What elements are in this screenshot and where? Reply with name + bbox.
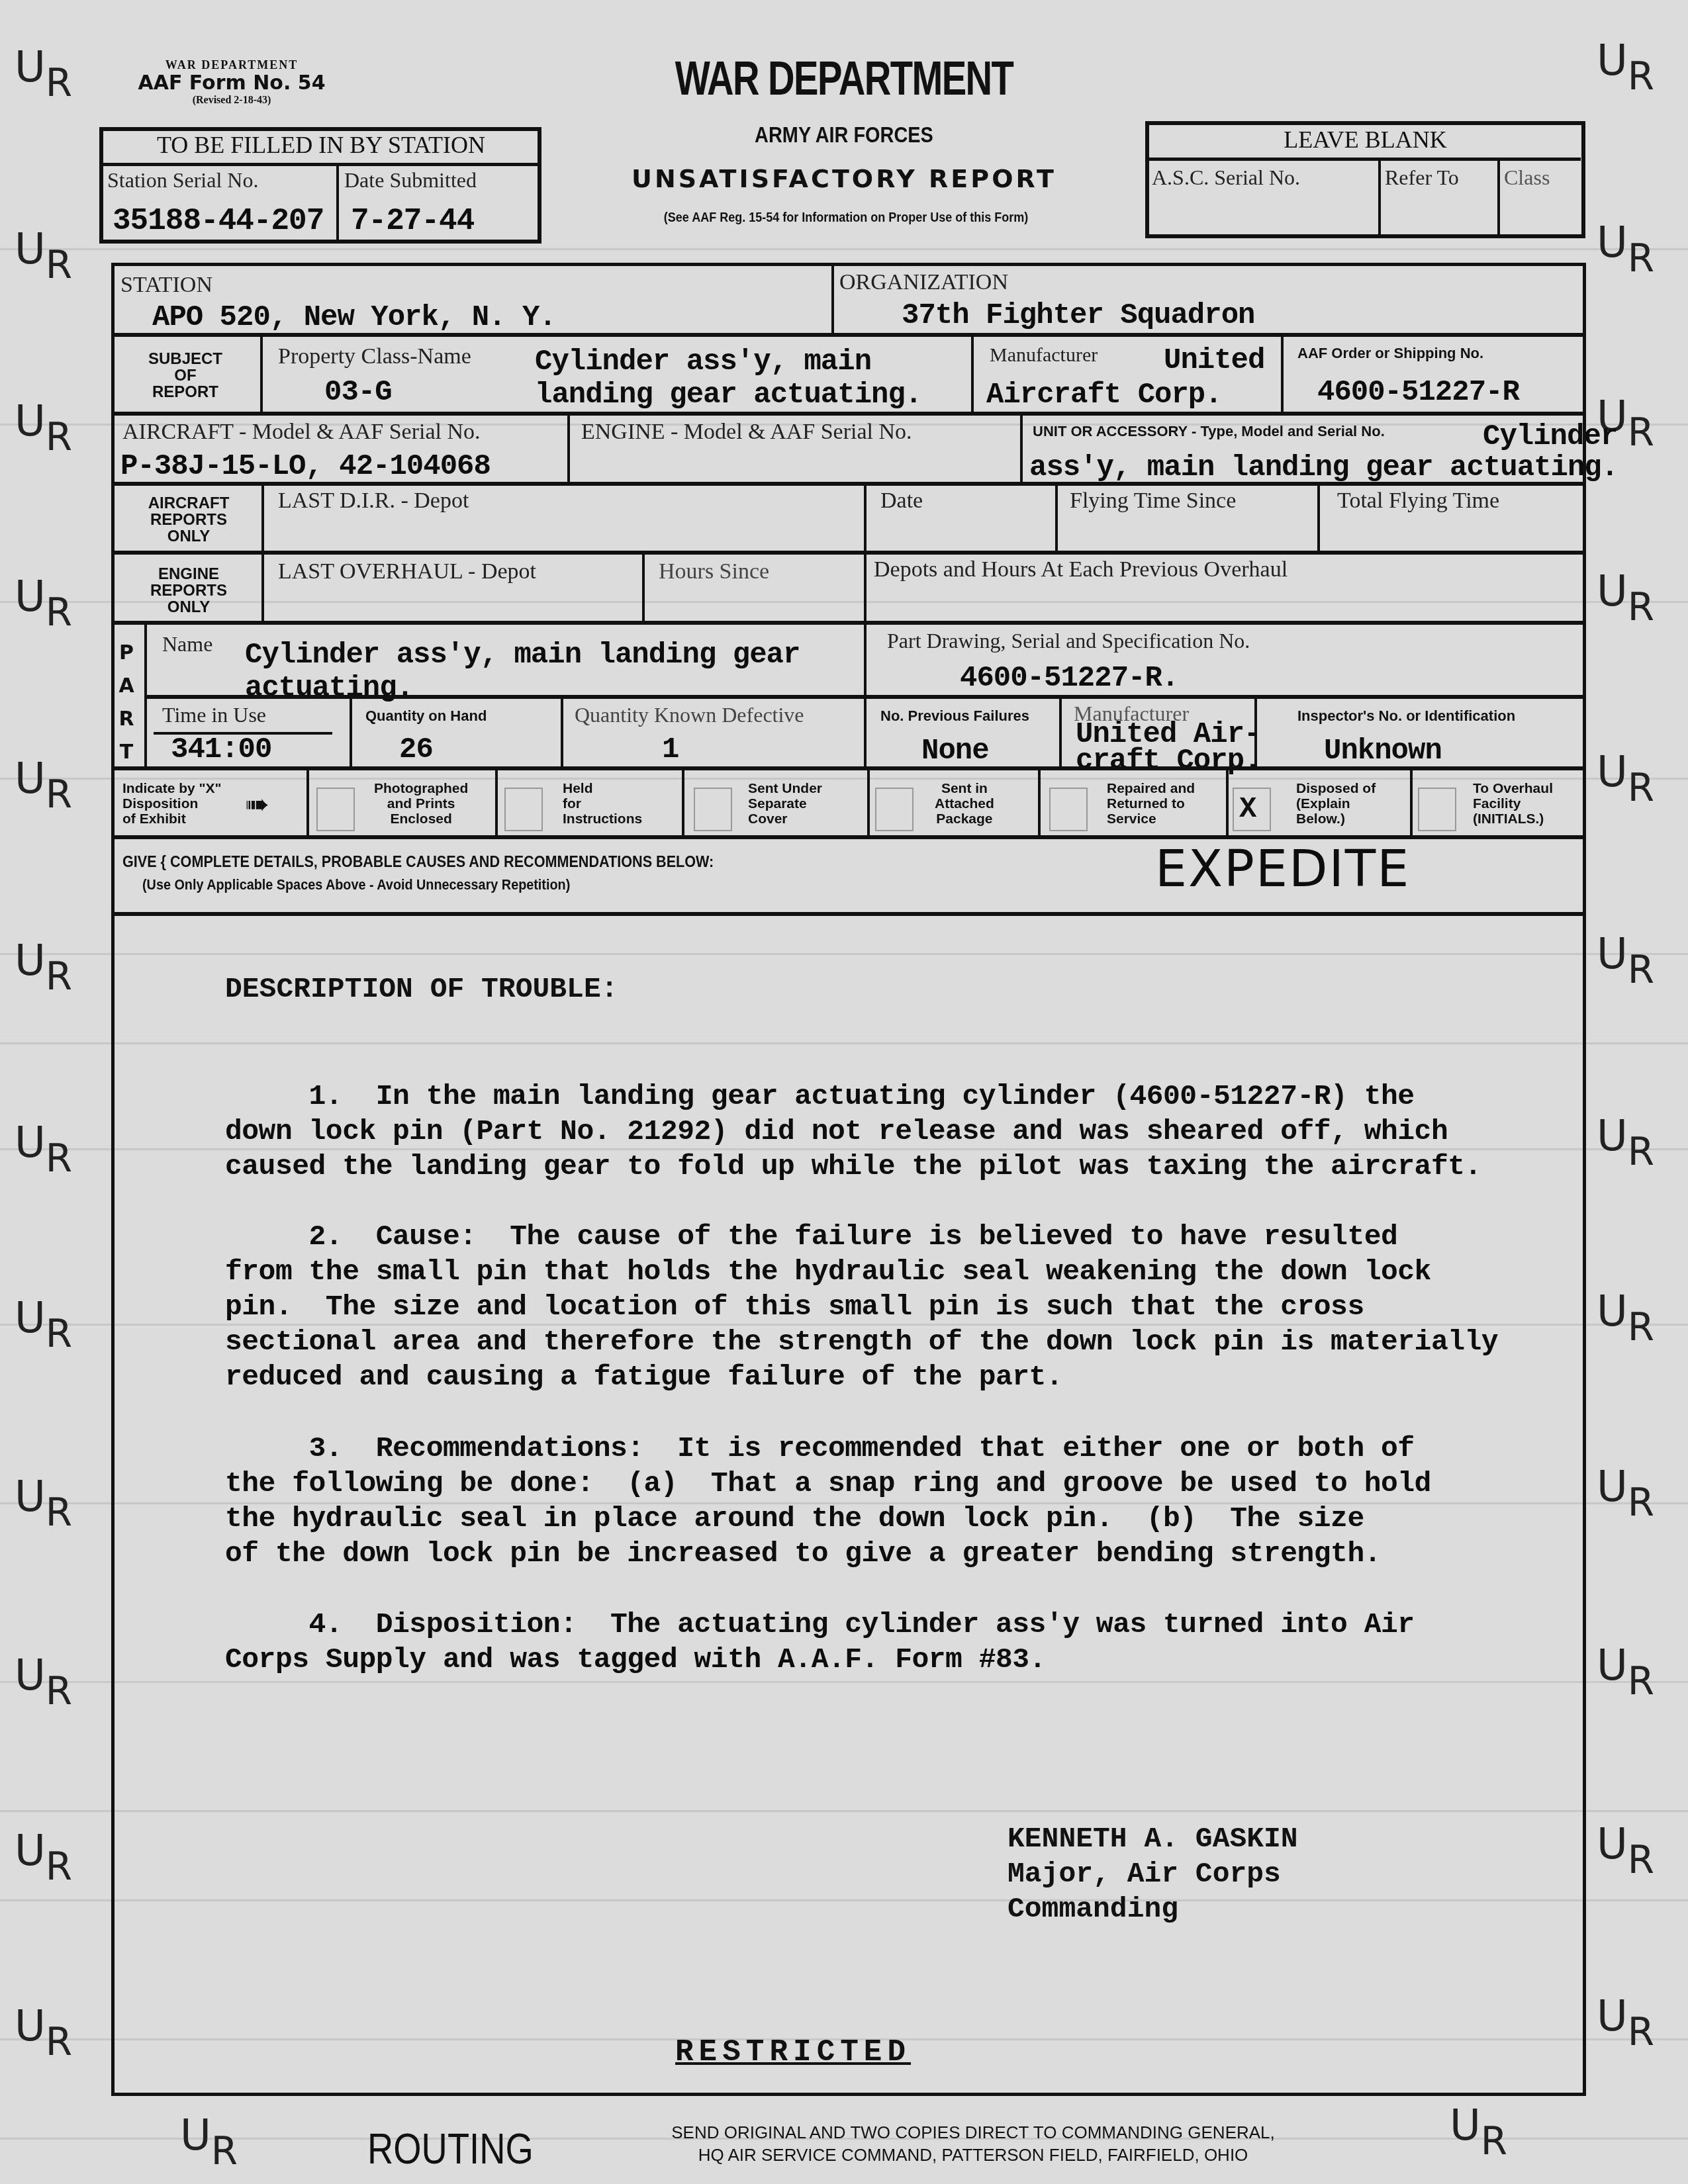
divider xyxy=(864,623,867,696)
sent-separate-cover-checkbox[interactable] xyxy=(694,788,732,831)
divider xyxy=(336,165,339,242)
divider xyxy=(113,912,1583,916)
ur-margin-mark: UR xyxy=(1597,1995,1654,2038)
give-details-note: (Use Only Applicable Spaces Above - Avoi… xyxy=(142,877,570,892)
unit-accessory-value-line2: ass'y, main landing gear actuating. xyxy=(1029,451,1618,484)
sent-separate-cover-label: Sent Under Separate Cover xyxy=(748,781,822,827)
prev-failures-value: None xyxy=(921,735,989,768)
time-in-use-value: 341:00 xyxy=(171,733,271,766)
date-submitted-label: Date Submitted xyxy=(344,168,477,193)
station-label: STATION xyxy=(120,273,212,298)
divider xyxy=(261,484,264,551)
qty-on-hand-label: Quantity on Hand xyxy=(365,708,487,723)
divider xyxy=(113,621,1583,625)
photographed-checkbox[interactable] xyxy=(316,788,355,831)
refer-to-label: Refer To xyxy=(1385,165,1459,190)
divider xyxy=(1059,698,1062,768)
disposed-of-checkbox[interactable]: X xyxy=(1233,788,1271,831)
manufacturer-value-line1: United xyxy=(1164,344,1264,377)
ur-margin-mark: UR xyxy=(1597,1823,1654,1866)
unit-accessory-value-line1: Cylinder xyxy=(1483,420,1617,453)
form-id-block: WAR DEPARTMENT AAF Form No. 54 (Revised … xyxy=(99,58,364,107)
time-in-use-label: Time in Use xyxy=(162,703,266,727)
station-box-heading: TO BE FILLED IN BY STATION xyxy=(106,131,536,159)
give-details-label: GIVE { COMPLETE DETAILS, PROBABLE CAUSES… xyxy=(122,854,714,870)
aircraft-reports-only-label: AIRCRAFT REPORTS ONLY xyxy=(119,495,258,545)
property-class-value: 03-G xyxy=(324,376,392,409)
depots-hours-label: Depots and Hours At Each Previous Overha… xyxy=(874,557,1288,582)
divider xyxy=(1149,158,1581,161)
part-name-line2: actuating. xyxy=(245,672,413,705)
ur-margin-mark: UR xyxy=(15,758,72,800)
ur-margin-mark: UR xyxy=(15,2005,72,2048)
divider xyxy=(567,414,570,483)
signature-block: KENNETH A. GASKIN Major, Air Corps Comma… xyxy=(1008,1821,1298,1927)
date-submitted-value: 7-27-44 xyxy=(351,204,474,238)
ur-margin-mark: UR xyxy=(15,1655,72,1697)
divider xyxy=(113,333,1583,337)
signature-title: Commanding xyxy=(1008,1891,1298,1927)
routing-label: ROUTING xyxy=(367,2124,534,2173)
ur-margin-mark: UR xyxy=(1597,1645,1654,1687)
ur-margin-mark: UR xyxy=(15,1830,72,1872)
unit-accessory-label: UNIT OR ACCESSORY - Type, Model and Seri… xyxy=(1033,424,1385,439)
divider xyxy=(261,553,264,622)
total-flying-time-label: Total Flying Time xyxy=(1337,488,1499,514)
property-name-line2: landing gear actuating. xyxy=(535,379,921,412)
paragraph-3: 3. Recommendations: It is recommended th… xyxy=(225,1431,1575,1571)
date-label: Date xyxy=(880,488,923,514)
inspector-label: Inspector's No. or Identification xyxy=(1297,708,1515,723)
divider xyxy=(1378,159,1381,235)
property-name-line1: Cylinder ass'y, main xyxy=(535,345,871,379)
photographed-label: Photographed and Prints Enclosed xyxy=(374,781,468,827)
divider xyxy=(260,336,263,414)
ur-margin-mark: UR xyxy=(180,2115,238,2157)
repaired-returned-label: Repaired and Returned to Service xyxy=(1107,781,1195,827)
divider xyxy=(1317,484,1320,551)
ur-margin-mark: UR xyxy=(1597,1115,1654,1158)
dept-small: WAR DEPARTMENT xyxy=(99,58,364,72)
form-number: AAF Form No. 54 xyxy=(99,72,364,95)
organization-label: ORGANIZATION xyxy=(839,270,1008,295)
ur-margin-mark: UR xyxy=(15,1122,72,1164)
to-overhaul-checkbox[interactable] xyxy=(1418,788,1456,831)
class-label: Class xyxy=(1504,165,1550,190)
part-drawing-label: Part Drawing, Serial and Specification N… xyxy=(887,629,1250,653)
ur-margin-mark: UR xyxy=(15,46,72,89)
divider xyxy=(864,484,867,551)
station-value: APO 520, New York, N. Y. xyxy=(152,301,556,334)
asc-serial-label: A.S.C. Serial No. xyxy=(1152,165,1300,190)
held-for-instructions-label: Held for Instructions xyxy=(563,781,642,827)
order-shipping-label: AAF Order or Shipping No. xyxy=(1297,345,1483,361)
divider xyxy=(1226,769,1229,835)
divider xyxy=(1038,769,1041,835)
subject-of-report-label: SUBJECT OF REPORT xyxy=(119,351,252,401)
document-subtitle: ARMY AIR FORCES xyxy=(633,122,1055,148)
paragraph-2: 2. Cause: The cause of the failure is be… xyxy=(225,1219,1575,1394)
ur-margin-mark: UR xyxy=(1597,933,1654,976)
station-serial-label: Station Serial No. xyxy=(107,168,258,193)
form-revised: (Revised 2-18-43) xyxy=(99,95,364,107)
ur-margin-mark: UR xyxy=(1597,1291,1654,1333)
regulation-note: (See AAF Reg. 15-54 for Information on P… xyxy=(590,210,1102,226)
ur-margin-mark: UR xyxy=(15,400,72,443)
divider xyxy=(113,412,1583,416)
aircraft-label: AIRCRAFT - Model & AAF Serial No. xyxy=(122,420,481,445)
divider xyxy=(561,698,563,768)
organization-value: 37th Fighter Squadron xyxy=(902,299,1255,332)
restricted-marking: RESTRICTED xyxy=(675,2035,911,2070)
ur-margin-mark: UR xyxy=(15,940,72,982)
ur-margin-mark: UR xyxy=(1597,751,1654,794)
manufacturer-value-line2: Aircraft Corp. xyxy=(986,379,1222,412)
last-overhaul-label: LAST OVERHAUL - Depot xyxy=(278,559,536,584)
ur-margin-mark: UR xyxy=(1597,570,1654,613)
prev-failures-label: No. Previous Failures xyxy=(880,708,1029,723)
divider xyxy=(1410,769,1413,835)
divider xyxy=(1497,159,1500,235)
ur-margin-mark: UR xyxy=(15,1297,72,1340)
divider xyxy=(103,163,538,166)
ur-margin-mark: UR xyxy=(15,228,72,271)
station-serial-value: 35188-44-207 xyxy=(113,204,324,238)
qty-defective-value: 1 xyxy=(662,733,679,766)
ur-margin-mark: UR xyxy=(15,1476,72,1518)
divider xyxy=(1055,484,1058,551)
ur-margin-mark: UR xyxy=(1597,1466,1654,1508)
divider xyxy=(113,766,1583,770)
arrow-right-icon: ➠ xyxy=(245,788,269,821)
inspector-value: Unknown xyxy=(1324,735,1442,768)
document-title: WAR DEPARTMENT xyxy=(651,52,1038,106)
repaired-returned-checkbox[interactable] xyxy=(1049,788,1088,831)
divider xyxy=(1020,414,1023,483)
divider xyxy=(864,698,867,768)
divider xyxy=(1281,336,1284,414)
signature-rank: Major, Air Corps xyxy=(1008,1856,1298,1891)
divider xyxy=(831,265,834,335)
ur-margin-mark: UR xyxy=(15,576,72,618)
divider xyxy=(682,769,684,835)
divider xyxy=(1254,698,1257,768)
part-drawing-value: 4600-51227-R. xyxy=(960,662,1178,695)
qty-defective-label: Quantity Known Defective xyxy=(575,703,804,727)
divider xyxy=(642,553,645,622)
qty-on-hand-value: 26 xyxy=(399,733,433,766)
disposed-of-label: Disposed of (Explain Below.) xyxy=(1296,781,1376,827)
report-title: UNSATISFACTORY REPORT xyxy=(556,164,1132,193)
paragraph-4: 4. Disposition: The actuating cylinder a… xyxy=(225,1607,1575,1677)
sent-attached-package-label: Sent in Attached Package xyxy=(935,781,994,827)
leave-blank-heading: LEAVE BLANK xyxy=(1152,126,1579,154)
expedite-stamp: EXPEDITE xyxy=(1155,839,1410,898)
manufacturer-label: Manufacturer xyxy=(990,344,1098,367)
divider xyxy=(971,336,974,414)
disposed-of-mark: X xyxy=(1239,793,1256,826)
divider xyxy=(495,769,498,835)
ruled-line xyxy=(0,248,1688,250)
property-class-label: Property Class-Name xyxy=(278,344,471,369)
engine-label: ENGINE - Model & AAF Serial No. xyxy=(581,420,912,445)
paragraph-1: 1. In the main landing gear actuating cy… xyxy=(225,1079,1575,1184)
sent-attached-package-checkbox[interactable] xyxy=(875,788,914,831)
manufacturer2-line2: craft Corp. xyxy=(1076,745,1260,778)
order-shipping-value: 4600-51227-R xyxy=(1317,376,1519,409)
divider xyxy=(867,769,870,835)
divider xyxy=(113,551,1583,555)
divider xyxy=(350,698,352,768)
aircraft-value: P-38J-15-LO, 42-104068 xyxy=(120,450,491,483)
signature-name: KENNETH A. GASKIN xyxy=(1008,1821,1298,1856)
ur-margin-mark: UR xyxy=(1597,222,1654,264)
description-heading: DESCRIPTION OF TROUBLE: xyxy=(225,973,618,1005)
last-dir-label: LAST D.I.R. - Depot xyxy=(278,488,469,514)
flying-time-since-label: Flying Time Since xyxy=(1070,488,1236,514)
divider xyxy=(113,482,1583,486)
part-name-line1: Cylinder ass'y, main landing gear xyxy=(245,639,800,672)
indicate-disposition-label: Indicate by "X" Disposition of Exhibit xyxy=(122,781,221,827)
to-overhaul-label: To Overhaul Facility (INITIALS.) xyxy=(1473,781,1553,827)
held-for-instructions-checkbox[interactable] xyxy=(504,788,543,831)
hours-since-label: Hours Since xyxy=(659,559,769,584)
routing-instructions: SEND ORIGINAL AND TWO COPIES DIRECT TO C… xyxy=(592,2121,1354,2166)
ur-margin-mark: UR xyxy=(1450,2105,1507,2147)
engine-reports-only-label: ENGINE REPORTS ONLY xyxy=(119,566,258,616)
divider xyxy=(306,769,309,835)
part-name-label: Name xyxy=(162,632,212,657)
divider xyxy=(864,553,867,622)
ur-margin-mark: UR xyxy=(1597,40,1654,82)
part-letters: P A R T xyxy=(114,637,139,769)
